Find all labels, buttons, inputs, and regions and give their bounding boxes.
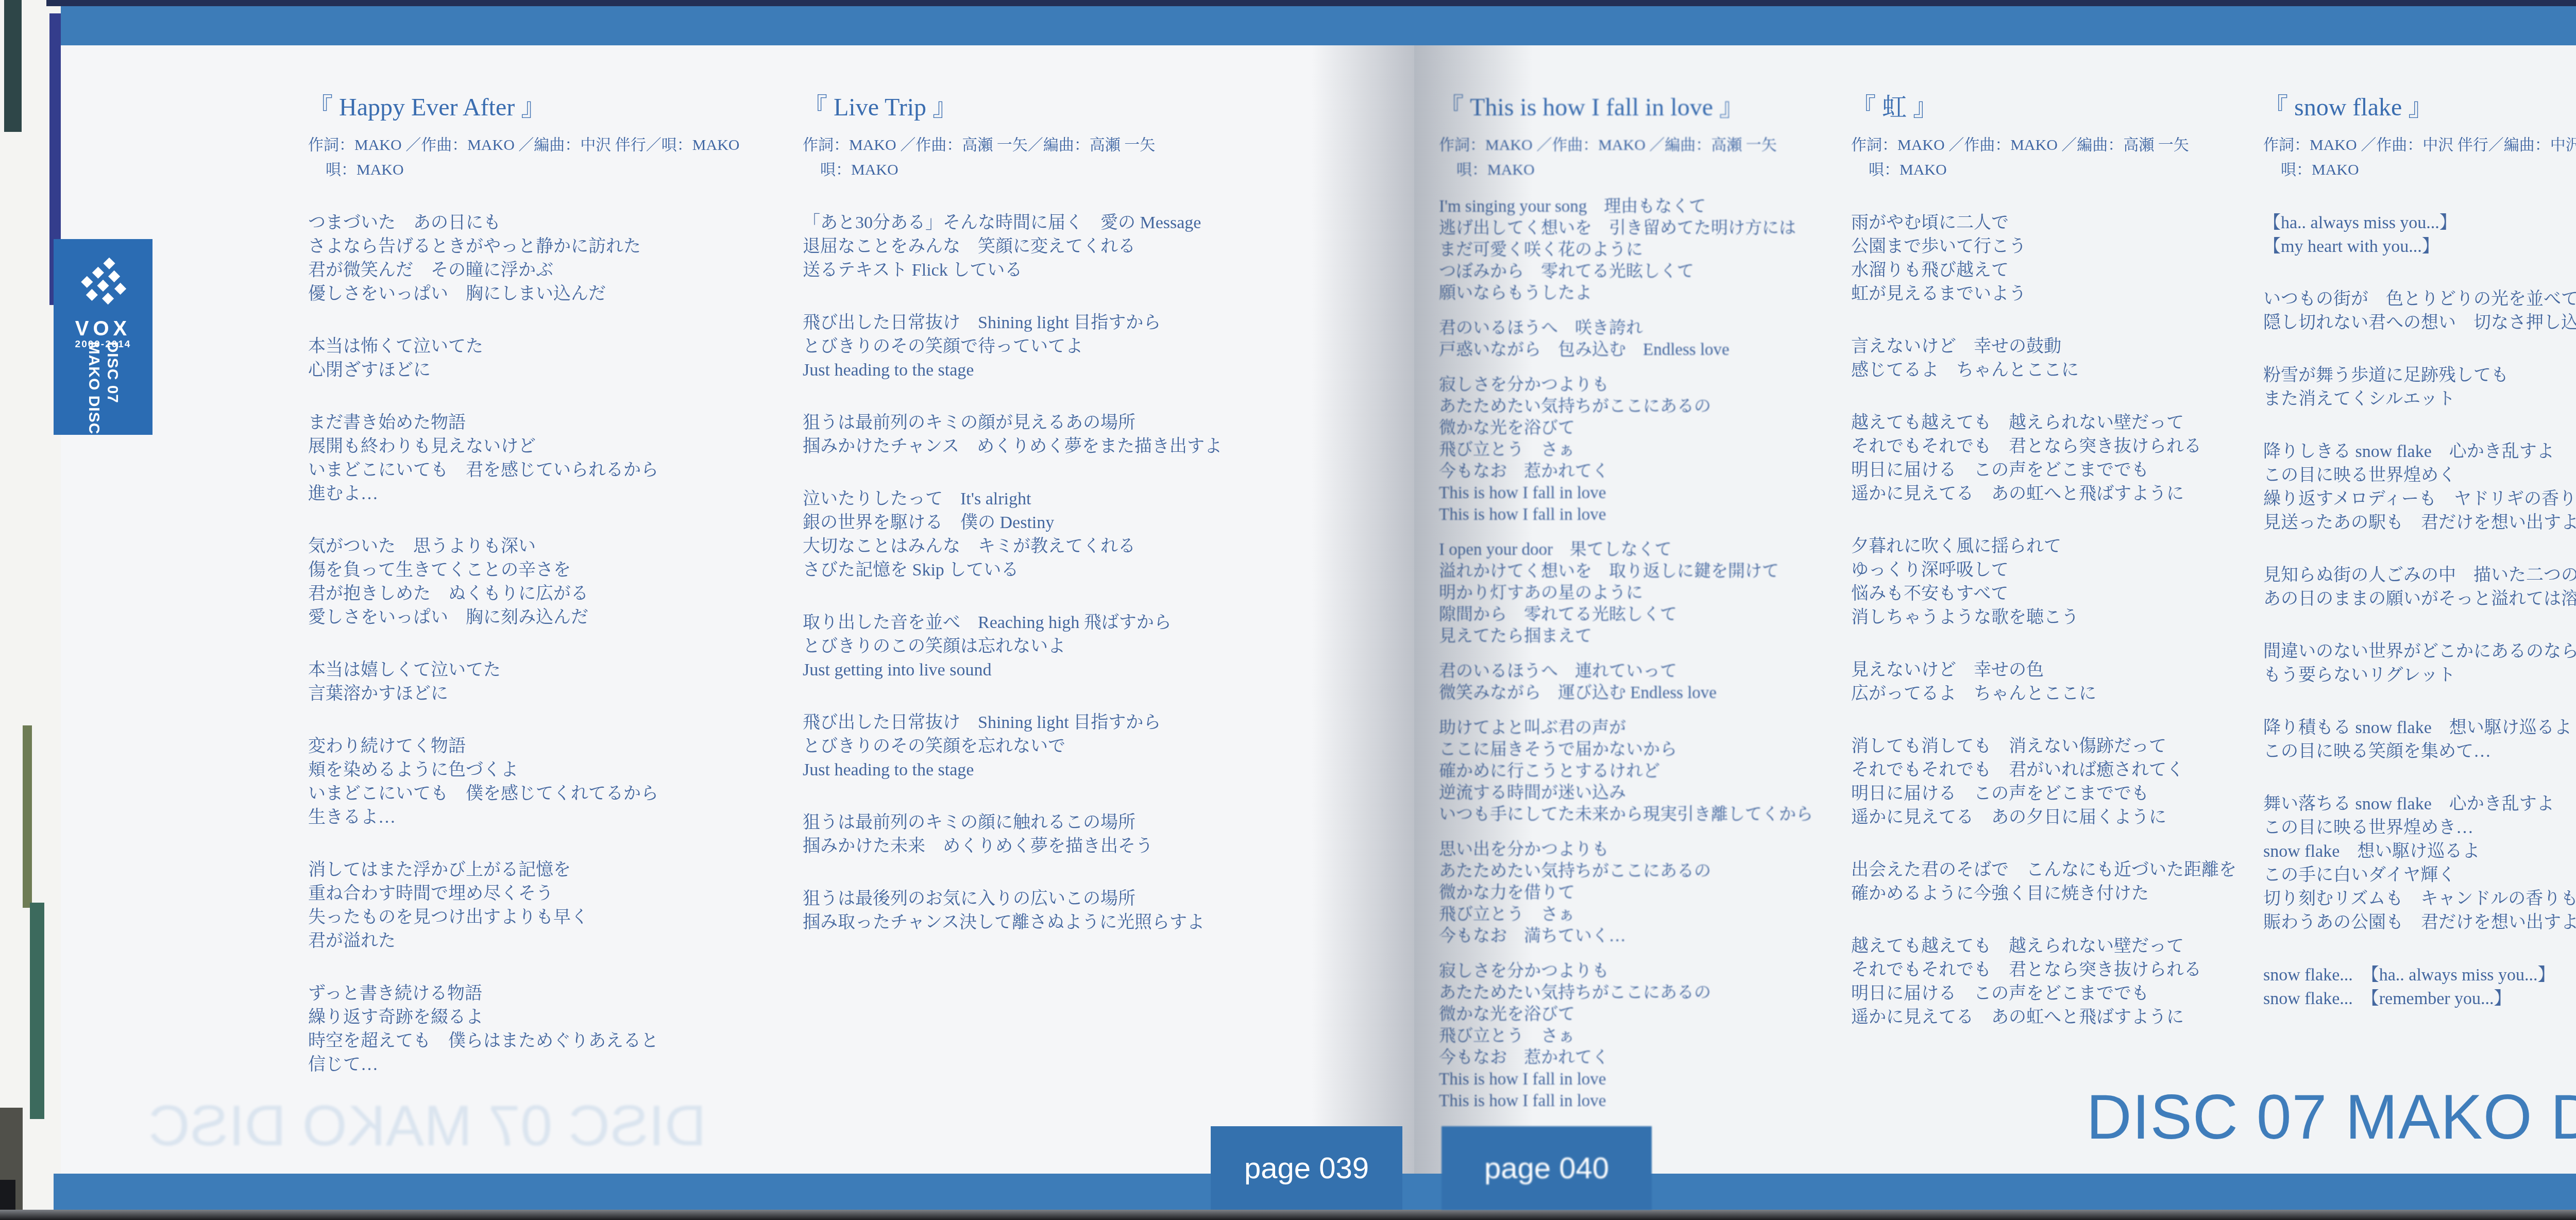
lyric-stanza: いつもの街が 色とりどりの光を並べていく隠し切れない君への想い 切なさ押し込めて… [2263, 287, 2576, 335]
lyric-line: 消しても消しても 消えない傷跡だって [1851, 735, 2263, 758]
lyric-stanza: 本当は怖くて泣いてた心閉ざすほどに [308, 335, 823, 382]
lyric-line: 舞い落ちる snow flake 心かき乱すよ [2263, 792, 2576, 816]
badge-disc-line2: MAKO DISC [84, 341, 103, 434]
song-title: 『 Happy Ever After 』 [308, 93, 823, 123]
credits-line: 唄：MAKO [2263, 158, 2576, 182]
lyric-line: また消えてくシルエット [2263, 387, 2576, 411]
lyric-stanza: 言えないけど 幸せの鼓動感じてるよ ちゃんとここに [1851, 335, 2263, 382]
lyric-line: この目に映る世界煌めき… [2263, 816, 2576, 840]
page-left: 『 Happy Ever After 』作詞：MAKO ／作曲：MAKO ／編曲… [61, 0, 1414, 1220]
credits-line: 作詞：MAKO ／作曲：中沢 伴行／編曲：中沢 伴行 [2263, 133, 2576, 158]
lyric-line: 雨がやむ頃に二人で [1851, 211, 2263, 235]
lyric-stanza: snow flake... 【ha.. always miss you...】s… [2263, 963, 2576, 1011]
lyric-line: 公園まで歩いて行こう [1851, 235, 2263, 259]
song-title: 『 虹 』 [1851, 93, 2263, 123]
page-left-songs: 『 Happy Ever After 』作詞：MAKO ／作曲：MAKO ／編曲… [61, 0, 1414, 1220]
top-edge-line [46, 0, 2576, 6]
lyric-line: 愛しさをいっぱい 胸に刻み込んだ [308, 606, 823, 630]
page-edge-strip [4, 0, 22, 132]
ghost-mirrored-title: DISC 07 MAKO DISC [148, 1092, 706, 1159]
lyric-stanza: 降り積もる snow flake 想い駆け巡るよこの目に映る笑顔を集めて… [2263, 716, 2576, 764]
lyric-line: 傷を負って生きてくことの辛さを [308, 558, 823, 582]
lyric-line: いつもの街が 色とりどりの光を並べていく [2263, 287, 2576, 311]
badge-disc-line1: DISC 07 [103, 341, 122, 434]
lyric-line: 見送ったあの駅も 君だけを想い出すよ [2263, 511, 2576, 535]
lyric-line: 言えないけど 幸せの鼓動 [1851, 335, 2263, 359]
page-number-label: page 039 [1244, 1151, 1369, 1185]
lyric-line: 消しちゃうような歌を聴こう [1851, 606, 2263, 630]
lyric-line: 見えないけど 幸せの色 [1851, 658, 2263, 682]
lyric-stanza: 粉雪が舞う歩道に足跡残してもまた消えてくシルエット [2263, 364, 2576, 411]
lyric-stanza: まだ書き始めた物語展開も終わりも見えないけどいまどこにいても 君を感じていられる… [308, 411, 823, 506]
song-credits: 作詞：MAKO ／作曲：MAKO ／編曲：高瀬 一矢唄：MAKO [1851, 133, 2263, 182]
lyric-line: 粉雪が舞う歩道に足跡残しても [2263, 364, 2576, 387]
lyric-line: 君が微笑んだ その瞳に浮かぶ [308, 259, 823, 282]
page-number-tab-right: page 040 [1442, 1126, 1652, 1210]
lyric-line: 【ha.. always miss you...】 [2263, 211, 2576, 235]
lyric-line: snow flake... 【remember you...】 [2263, 987, 2576, 1011]
credits-line: 作詞：MAKO ／作曲：MAKO ／編曲：高瀬 一矢 [1851, 133, 2263, 158]
credits-line: 作詞：MAKO ／作曲：MAKO ／編曲：中沢 伴行／唄：MAKO [308, 133, 823, 158]
lyric-stanza: 降りしきる snow flake 心かき乱すよこの目に映る世界煌めく繰り返すメロ… [2263, 440, 2576, 535]
lyric-line: あの日のままの願いがそっと溢れては溶けていく [2263, 587, 2576, 611]
vox-badge-left: VOX 2000-2014 DISC 07 MAKO DISC [54, 239, 152, 435]
lyric-line: 【my heart with you...】 [2263, 235, 2576, 259]
lyric-line: この手に白いダイヤ輝く [2263, 863, 2576, 887]
song-column: 『 Happy Ever After 』作詞：MAKO ／作曲：MAKO ／編曲… [308, 93, 823, 1077]
lyric-line: 進むよ… [308, 482, 823, 506]
gutter-shadow [1311, 0, 1414, 1220]
lyric-line: 虹が見えるまでいよう [1851, 282, 2263, 306]
page-right-songs: 『 This is how I fall in love 』作詞：MAKO ／作… [1414, 0, 2576, 1220]
lyric-line: 降りしきる snow flake 心かき乱すよ [2263, 440, 2576, 464]
song-column: 『 虹 』作詞：MAKO ／作曲：MAKO ／編曲：高瀬 一矢唄：MAKO雨がや… [1851, 93, 2263, 1029]
lyric-line: 間違いのない世界がどこかにあるのなら [2263, 640, 2576, 664]
lyric-stanza: 越えても越えても 越えられない壁だってそれでもそれでも 君となら突き抜けられる明… [1851, 935, 2263, 1029]
lyric-line: snow flake 想い駆け巡るよ [2263, 840, 2576, 863]
lyric-stanza: 出会えた君のそばで こんなにも近づいた距離を確かめるように今強く目に焼き付けた [1851, 858, 2263, 906]
vox-logo-icon [72, 253, 134, 315]
song-credits: 作詞：MAKO ／作曲：MAKO ／編曲：中沢 伴行／唄：MAKO唄：MAKO [308, 133, 823, 182]
lyric-line: それでもそれでも 君となら突き抜けられる [1851, 958, 2263, 982]
lyric-stanza: 間違いのない世界がどこかにあるのならもう要らないリグレット [2263, 640, 2576, 687]
lyric-stanza: 気がついた 思うよりも深い傷を負って生きてくことの辛さを君が抱きしめた ぬくもり… [308, 535, 823, 630]
lyric-stanza: ずっと書き続ける物語繰り返す奇跡を綴るよ時空を超えても 僕らはまためぐりあえると… [308, 982, 823, 1077]
lyric-line: 重ね合わす時間で埋め尽くそう [308, 882, 823, 906]
lyric-line: 君が抱きしめた ぬくもりに広がる [308, 582, 823, 606]
page-right: 『 This is how I fall in love 』作詞：MAKO ／作… [1414, 0, 2576, 1220]
lyric-line: 気がついた 思うよりも深い [308, 535, 823, 558]
lyric-line: 明日に届ける この声をどこまででも [1851, 459, 2263, 482]
page-number-label: page 040 [1484, 1151, 1609, 1185]
vox-logo-text: VOX [54, 318, 152, 339]
top-bar [61, 6, 2576, 45]
lyric-line: 明日に届ける この声をどこまででも [1851, 782, 2263, 806]
song-title: 『 snow flake 』 [2263, 93, 2576, 123]
lyric-stanza: 見えないけど 幸せの色広がってるよ ちゃんとここに [1851, 658, 2263, 706]
lyric-stanza: 舞い落ちる snow flake 心かき乱すよこの目に映る世界煌めき…snow … [2263, 792, 2576, 935]
lyric-line: snow flake... 【ha.. always miss you...】 [2263, 963, 2576, 987]
lyric-line: それでもそれでも 君となら突き抜けられる [1851, 435, 2263, 459]
lyric-line: 遥かに見えてる あの虹へと飛ばすように [1851, 1006, 2263, 1029]
lyric-line: 降り積もる snow flake 想い駆け巡るよ [2263, 716, 2576, 740]
lyric-line: 繰り返す奇跡を綴るよ [308, 1006, 823, 1029]
lyric-line: 確かめるように今強く目に焼き付けた [1851, 882, 2263, 906]
lyric-line: 越えても越えても 越えられない壁だって [1851, 935, 2263, 958]
lyric-line: まだ書き始めた物語 [308, 411, 823, 435]
lyric-stanza: 消しても消しても 消えない傷跡だってそれでもそれでも 君がいれば癒されてく明日に… [1851, 735, 2263, 829]
lyric-line: 時空を超えても 僕らはまためぐりあえると [308, 1029, 823, 1053]
lyric-line: 広がってるよ ちゃんとここに [1851, 682, 2263, 706]
lyric-line: 夕暮れに吹く風に揺られて [1851, 535, 2263, 558]
lyric-line: 明日に届ける この声をどこまででも [1851, 982, 2263, 1006]
song-credits: 作詞：MAKO ／作曲：中沢 伴行／編曲：中沢 伴行唄：MAKO [2263, 133, 2576, 182]
lyric-line: いまどこにいても 君を感じていられるから [308, 459, 823, 482]
gutter-shadow [1414, 0, 1533, 1220]
song-column: 『 snow flake 』作詞：MAKO ／作曲：中沢 伴行／編曲：中沢 伴行… [2263, 93, 2576, 1011]
lyric-line: 本当は怖くて泣いてた [308, 335, 823, 359]
credits-line: 唄：MAKO [308, 158, 823, 182]
lyric-line: 越えても越えても 越えられない壁だって [1851, 411, 2263, 435]
lyric-line: もう要らないリグレット [2263, 664, 2576, 687]
lyric-line: さよなら告げるときがやっと静かに訪れた [308, 235, 823, 259]
lyric-stanza: 夕暮れに吹く風に揺られてゆっくり深呼吸して悩みも不安もすべて消しちゃうような歌を… [1851, 535, 2263, 630]
lyric-line: いまどこにいても 僕を感じてくれてるから [308, 782, 823, 806]
lyric-stanza: 変わり続けてく物語頬を染めるように色づくよいまどこにいても 僕を感じてくれてるか… [308, 735, 823, 829]
lyric-stanza: 見知らぬ街の人ごみの中 描いた二つの影あの日のままの願いがそっと溢れては溶けてい… [2263, 564, 2576, 611]
lyric-line: 遥かに見えてる あの虹へと飛ばすように [1851, 482, 2263, 506]
lyric-line: 水溜りも飛び越えて [1851, 259, 2263, 282]
lyric-stanza: つまづいた あの日にもさよなら告げるときがやっと静かに訪れた君が微笑んだ その瞳… [308, 211, 823, 306]
lyric-line: 失ったものを見つけ出すよりも早く [308, 906, 823, 929]
lyric-stanza: 越えても越えても 越えられない壁だってそれでもそれでも 君となら突き抜けられる明… [1851, 411, 2263, 506]
lyric-line: それでもそれでも 君がいれば癒されてく [1851, 758, 2263, 782]
page-number-tab-left: page 039 [1211, 1126, 1402, 1210]
lyric-line: 見知らぬ街の人ごみの中 描いた二つの影 [2263, 564, 2576, 587]
lyric-stanza: 【ha.. always miss you...】【my heart with … [2263, 211, 2576, 259]
lyric-line: 悩みも不安もすべて [1851, 582, 2263, 606]
bottom-edge-line [0, 1210, 2576, 1220]
lyric-line: 頬を染めるように色づくよ [308, 758, 823, 782]
footer-disc-title: DISC 07 MAKO DISC [2086, 1081, 2576, 1153]
lyric-line: 感じてるよ ちゃんとここに [1851, 359, 2263, 382]
lyric-line: 生きるよ… [308, 806, 823, 829]
lyric-line: 繰り返すメロディーも ヤドリギの香りも [2263, 487, 2576, 511]
lyric-line: 優しさをいっぱい 胸にしまい込んだ [308, 282, 823, 306]
lyric-line: 信じて… [308, 1053, 823, 1077]
booklet-scan: 『 Happy Ever After 』作詞：MAKO ／作曲：MAKO ／編曲… [0, 0, 2576, 1220]
lyric-line: 本当は嬉しくて泣いてた [308, 658, 823, 682]
lyric-line: 展開も終わりも見えないけど [308, 435, 823, 459]
credits-line: 唄：MAKO [1851, 158, 2263, 182]
lyric-line: つまづいた あの日にも [308, 211, 823, 235]
lyric-line: 切り刻むリズムも キャンドルの香りも [2263, 887, 2576, 911]
lyric-stanza: 本当は嬉しくて泣いてた言葉溶かすほどに [308, 658, 823, 706]
page-edge-strip [23, 725, 32, 908]
badge-disc-label: DISC 07 MAKO DISC [84, 341, 122, 434]
lyric-line: 賑わうあの公園も 君だけを想い出すよ [2263, 911, 2576, 935]
lyric-line: 出会えた君のそばで こんなにも近づいた距離を [1851, 858, 2263, 882]
lyric-line: 心閉ざすほどに [308, 359, 823, 382]
lyric-line: この目に映る笑顔を集めて… [2263, 740, 2576, 764]
lyric-line: 言葉溶かすほどに [308, 682, 823, 706]
lyric-line: 隠し切れない君への想い 切なさ押し込めてる [2263, 311, 2576, 335]
lyric-line: 消してはまた浮かび上がる記憶を [308, 858, 823, 882]
lyric-line: ゆっくり深呼吸して [1851, 558, 2263, 582]
lyric-line: 君が溢れた [308, 929, 823, 953]
lyric-line: ずっと書き続ける物語 [308, 982, 823, 1006]
page-edge-strip [30, 903, 44, 1119]
lyric-line: この目に映る世界煌めく [2263, 464, 2576, 487]
lyric-stanza: 消してはまた浮かび上がる記憶を重ね合わす時間で埋め尽くそう失ったものを見つけ出す… [308, 858, 823, 953]
lyric-line: 変わり続けてく物語 [308, 735, 823, 758]
lyric-line: 遥かに見えてる あの夕日に届くように [1851, 806, 2263, 829]
lyric-stanza: 雨がやむ頃に二人で公園まで歩いて行こう水溜りも飛び越えて虹が見えるまでいよう [1851, 211, 2263, 306]
